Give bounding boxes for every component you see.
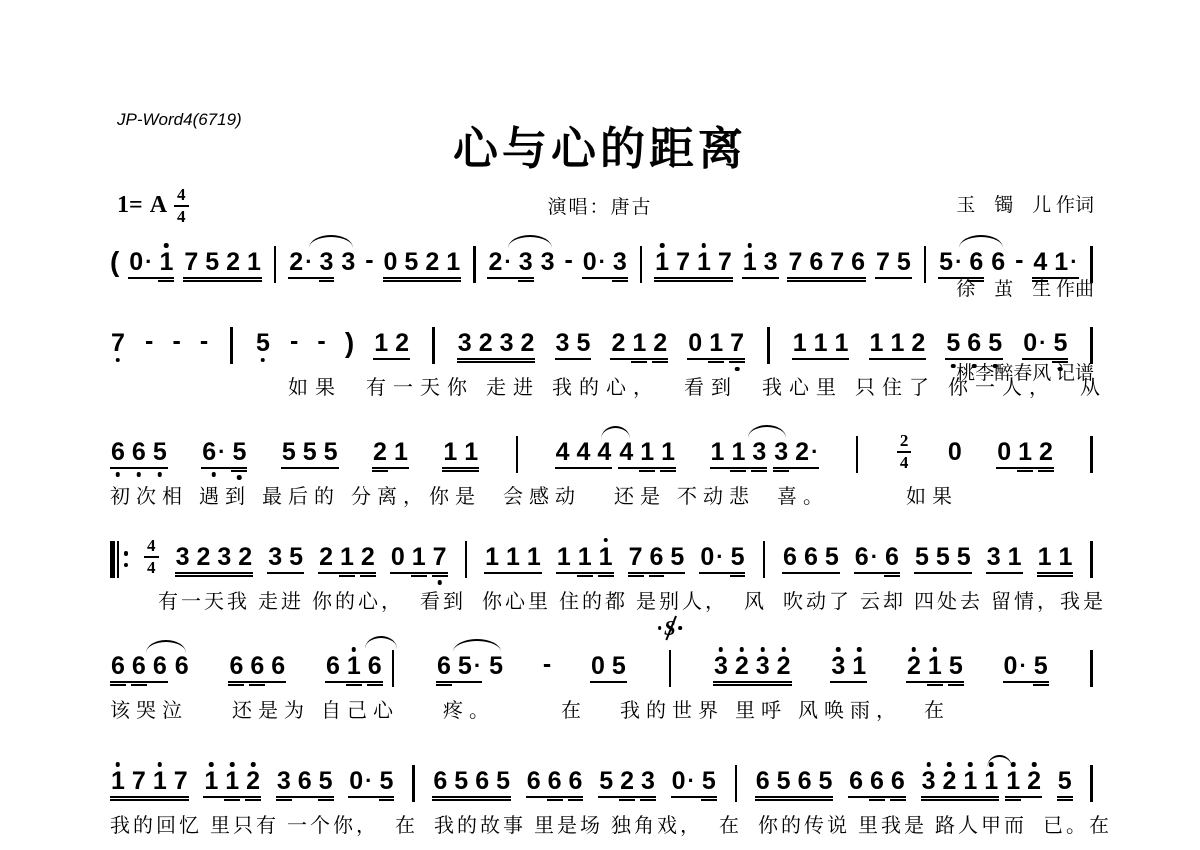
note-group: 6565 <box>755 769 834 803</box>
beam-underline <box>782 572 840 574</box>
system-1: (0·175212·33-05212·33-0·31717137676755·6… <box>110 246 1096 284</box>
note-digit: 3 <box>764 250 778 275</box>
note-group: 3232 <box>175 545 254 579</box>
note-digit: 6 <box>250 654 264 679</box>
note-digit: 5 <box>324 440 338 465</box>
slur-group: 321112 <box>921 769 1042 803</box>
duration-dash: - <box>317 327 325 365</box>
beam-underline <box>713 684 792 686</box>
note-digit: 5 <box>731 545 745 570</box>
beam-underline <box>325 681 383 683</box>
note-digit: 3 <box>320 250 334 275</box>
system-4: 443232352120171111117650·56656·65553111 … <box>110 537 1096 614</box>
note-digit: 6 <box>798 769 812 794</box>
beam-underline <box>848 796 906 798</box>
octave-dot-above-icon <box>740 647 745 652</box>
note-digit: 2 <box>196 545 210 570</box>
note-digit: 1 <box>1018 440 1032 465</box>
beam-underline <box>526 796 584 798</box>
note-digit: 5 <box>256 331 270 356</box>
note-digit: 6 <box>298 769 312 794</box>
beam-underline <box>318 572 376 574</box>
note-digit: 5 <box>289 545 303 570</box>
note-digit: 2 <box>226 250 240 275</box>
note-underline <box>890 799 906 801</box>
duration-dash: - <box>1015 246 1023 284</box>
note-digit: 2 <box>289 250 303 275</box>
octave-dot-above-icon <box>747 243 752 248</box>
note-digit: 0 <box>1004 654 1018 679</box>
note-group: 0·1 <box>128 249 174 284</box>
beam-underline <box>875 277 912 279</box>
barline <box>1090 765 1093 802</box>
note-group: 3232 <box>457 331 536 365</box>
note-digit: 7 <box>174 769 188 794</box>
note-digit: 7 <box>111 331 125 356</box>
beam-underline <box>773 467 819 469</box>
note-digit: 6 <box>437 654 451 679</box>
beam-underline <box>556 572 614 574</box>
duration-dash: - <box>200 327 208 365</box>
note-underline <box>1032 280 1048 282</box>
note-digit: 6 <box>548 769 562 794</box>
lyrics-line: 该哭泣 还是为 自己心 疼。 在 我的世界 里呼 风唤雨， 在 <box>110 694 1096 723</box>
note-digit: 1 <box>446 250 460 275</box>
beam-underline <box>687 358 745 360</box>
note-digit: 1 <box>485 545 499 570</box>
beam-underline <box>442 467 479 469</box>
beam-underline <box>203 796 261 798</box>
note-group: 6 <box>990 250 1006 284</box>
beam-underline <box>996 467 1054 469</box>
note-group: 111 <box>484 545 542 579</box>
note-underline <box>869 799 885 801</box>
barline-with-segno: S <box>666 650 675 688</box>
barline <box>1090 650 1093 687</box>
repeat-dot <box>124 563 129 568</box>
note-underline <box>708 361 724 363</box>
note-underline <box>640 799 656 801</box>
octave-dot-above-icon <box>1032 762 1037 767</box>
note-digit: 1 <box>814 331 828 356</box>
octave-dot-above-icon <box>989 762 994 767</box>
system-5: 666666661665·5-05S3232312150·5 该哭泣 还是为 自… <box>110 650 1096 723</box>
note-digit: 5 <box>205 250 219 275</box>
note-underline <box>231 470 247 472</box>
time-signature-bottom: 4 <box>147 558 156 577</box>
note-underline <box>1057 799 1073 801</box>
note-digit: 6 <box>967 331 981 356</box>
note-digit: 6 <box>368 654 382 679</box>
note-underline <box>730 575 746 577</box>
note-digit: 6 <box>851 250 865 275</box>
note-digit: 2 <box>479 331 493 356</box>
note-underline <box>619 799 635 801</box>
beam-underline <box>654 277 733 279</box>
note-digit: 2 <box>653 331 667 356</box>
note-digit: 7 <box>830 250 844 275</box>
note-digit: 2 <box>246 769 260 794</box>
note-group: 2·3 <box>487 249 533 284</box>
note-group: 31 <box>986 545 1023 579</box>
note-underline <box>628 575 644 577</box>
beam-underline <box>1037 572 1074 574</box>
beam-underline <box>288 277 334 279</box>
note-digit: 5 <box>232 440 246 465</box>
note-digit: 1 <box>443 440 457 465</box>
note-digit: 5 <box>949 654 963 679</box>
augmentation-dot: · <box>1039 330 1046 356</box>
note-digit: 2 <box>1039 440 1053 465</box>
repeat-dot <box>124 551 129 556</box>
note-digit: 2 <box>620 769 634 794</box>
octave-dot-above-icon <box>857 647 862 652</box>
note-group: 6565 <box>432 769 511 803</box>
beam-underline <box>383 277 462 279</box>
note-digit: 1 <box>1008 545 1022 570</box>
note-digit: 1 <box>347 654 361 679</box>
barline <box>465 541 468 578</box>
note-digit: 4 <box>1033 250 1047 275</box>
note-underline <box>1038 470 1054 472</box>
notes-row: 7---5--)123232352120171111125650·5 <box>110 327 1096 365</box>
note-digit: 0 <box>349 769 363 794</box>
note-digit: 2 <box>611 331 625 356</box>
note-group: 35 <box>267 545 304 579</box>
lyrics-line: 如果 有一天你 走进 我的心， 看到 我心里 只住了 你一人， 从 <box>288 371 1096 400</box>
note-group: 0·5 <box>348 768 394 803</box>
octave-dot-below-icon <box>212 472 217 477</box>
beam-underline <box>555 358 592 360</box>
note-digit: 2 <box>911 331 925 356</box>
slur-group: 2·33 <box>487 249 555 284</box>
beam-underline <box>755 799 834 801</box>
note-digit: 5 <box>599 769 613 794</box>
note-digit: 1 <box>743 250 757 275</box>
barline <box>516 436 519 473</box>
note-group: 1717 <box>110 769 189 803</box>
note: 6 <box>175 654 189 688</box>
octave-dot-above-icon <box>912 647 917 652</box>
note-digit: 6 <box>756 769 770 794</box>
note-underline <box>773 470 789 472</box>
note-digit: 1 <box>890 331 904 356</box>
beam-underline <box>671 796 717 798</box>
beam-underline <box>787 277 866 279</box>
note-underline <box>411 575 427 577</box>
augmentation-dot: · <box>145 249 152 275</box>
beam-underline <box>1022 358 1068 360</box>
slur-group: 6666 <box>110 654 190 688</box>
augmentation-dot: · <box>1070 249 1077 275</box>
octave-dot-above-icon <box>702 243 707 248</box>
note-underline <box>372 470 388 472</box>
notes-row: (0·175212·33-05212·33-0·31717137676755·6… <box>110 246 1096 284</box>
note: 0 <box>948 440 962 474</box>
note-group: 0 <box>947 440 963 474</box>
note-group: 5 <box>255 331 271 365</box>
octave-dot-above-icon <box>230 762 235 767</box>
note-digit: 3 <box>541 250 555 275</box>
beam-underline <box>175 575 254 577</box>
note-digit: 2 <box>795 440 809 465</box>
note-digit: 4 <box>619 440 633 465</box>
octave-dot-below-icon <box>116 472 121 477</box>
note-digit: 6 <box>527 769 541 794</box>
note-group: 5 <box>1057 769 1073 803</box>
note-digit: 0 <box>688 331 702 356</box>
note-digit: 4 <box>556 440 570 465</box>
note-group: 3211 <box>921 769 1000 803</box>
time-signature: 44 <box>144 537 159 577</box>
note-digit: 6 <box>111 440 125 465</box>
note-group: 41· <box>1032 249 1078 284</box>
slur-arc-icon <box>453 639 501 652</box>
duration-dash: - <box>172 327 180 365</box>
beam-underline <box>699 572 745 574</box>
note-digit: 5 <box>496 769 510 794</box>
note-digit: 2 <box>319 545 333 570</box>
beam-underline <box>128 277 174 279</box>
barline <box>924 246 927 283</box>
beam-underline <box>110 799 189 801</box>
note-group: 05 <box>590 654 627 688</box>
note-digit: 1 <box>412 545 426 570</box>
duration-dash: - <box>564 246 572 284</box>
augmentation-dot: · <box>811 439 818 465</box>
note-digit: 3 <box>613 250 627 275</box>
octave-dot-above-icon <box>947 762 952 767</box>
note-digit: 6 <box>132 440 146 465</box>
time-signature-top: 4 <box>144 537 159 558</box>
note-digit: 6 <box>433 769 447 794</box>
note-group: 7 <box>110 331 126 365</box>
note-underline <box>547 799 563 801</box>
note-digit: 4 <box>597 440 611 465</box>
note-group: 0·5 <box>671 768 717 803</box>
beam-underline <box>945 358 1003 360</box>
beam-underline <box>276 796 334 798</box>
note-group: 12 <box>373 331 410 365</box>
note-underline <box>432 575 448 577</box>
note-group: 6 <box>174 654 190 688</box>
note-group: 11 <box>442 440 479 474</box>
note-digit: 1 <box>374 331 388 356</box>
note-group: 7676 <box>787 250 866 284</box>
note-group: 765 <box>628 545 686 579</box>
note-group: 666 <box>228 654 286 688</box>
note-group: 212 <box>318 545 376 579</box>
close-parenthesis: ) <box>345 327 354 365</box>
note-digit: 2 <box>395 331 409 356</box>
note-group: 31 <box>830 654 867 688</box>
octave-dot-below-icon <box>951 364 956 369</box>
note-digit: 6 <box>132 654 146 679</box>
lyrics-line: 我的回忆 里只有 一个你， 在 我的故事 里是场 独角戏， 在 你的传说 里我是… <box>110 809 1096 838</box>
note-digit: 6 <box>804 545 818 570</box>
barline <box>432 327 435 364</box>
slur-group: 616 <box>325 650 397 688</box>
note-group: 616 <box>325 654 383 688</box>
repeat-thin-bar <box>117 541 119 578</box>
note-digit: 1 <box>464 440 478 465</box>
note-digit: 3 <box>714 654 728 679</box>
note-underline <box>1017 470 1033 472</box>
note-group: 565 <box>945 331 1003 365</box>
note-digit: 1 <box>225 769 239 794</box>
note-digit: 3 <box>341 250 355 275</box>
beam-underline <box>457 361 536 363</box>
note-digit: 5 <box>825 545 839 570</box>
singer-label: 演唱：唐古 <box>0 192 1200 219</box>
note-digit: 1 <box>204 769 218 794</box>
note-digit: 6 <box>111 654 125 679</box>
beam-underline <box>914 572 972 574</box>
note-underline <box>652 361 668 363</box>
beam-underline <box>590 681 627 683</box>
note-digit: 2 <box>521 331 535 356</box>
note-digit: 1 <box>928 654 942 679</box>
note-digit: 6 <box>809 250 823 275</box>
note-digit: 3 <box>556 331 570 356</box>
augmentation-dot: · <box>955 249 962 275</box>
note-digit: 1 <box>506 545 520 570</box>
note-digit: 1 <box>852 654 866 679</box>
note-group: 0·5 <box>1022 330 1068 365</box>
note-digit: 2 <box>735 654 749 679</box>
octave-dot-above-icon <box>836 647 841 652</box>
note-digit: 1 <box>984 769 998 794</box>
octave-dot-above-icon <box>158 762 163 767</box>
note-digit: 5 <box>936 545 950 570</box>
slur-group: 11332· <box>710 439 820 474</box>
note-digit: 5 <box>670 545 684 570</box>
barline <box>669 650 672 687</box>
augmentation-dot: · <box>1019 653 1026 679</box>
note-group: 2·3 <box>288 249 334 284</box>
note-digit: 2 <box>425 250 439 275</box>
beam-underline <box>1057 796 1073 798</box>
note-digit: 1 <box>731 440 745 465</box>
beam-underline <box>201 467 247 469</box>
note-digit: 6 <box>271 654 285 679</box>
note-digit: 0 <box>591 654 605 679</box>
note-underline <box>379 799 395 801</box>
lyrics-line: 有一天我 走进 你的心， 看到 你心里 住的都 是别人， 风 吹动了 云却 四处… <box>158 585 1096 614</box>
note-group: 3 <box>540 250 556 284</box>
note: 6 <box>991 250 1005 284</box>
note-digit: 7 <box>676 250 690 275</box>
note-digit: 5 <box>1053 331 1067 356</box>
note-group: 32· <box>773 439 819 474</box>
note-digit: 1 <box>835 331 849 356</box>
note-digit: 2 <box>488 250 502 275</box>
note-digit: 5 <box>946 331 960 356</box>
note-digit: 3 <box>458 331 472 356</box>
note-underline <box>631 361 647 363</box>
barline <box>473 246 476 283</box>
slur-group: 2·33 <box>288 249 356 284</box>
note-group: 665 <box>110 440 168 474</box>
note-underline <box>224 799 240 801</box>
note-digit: 5 <box>957 545 971 570</box>
note-underline <box>318 799 334 801</box>
note-underline <box>1033 684 1049 686</box>
note-digit: 0 <box>672 769 686 794</box>
note-digit: 7 <box>433 545 447 570</box>
note-group: 112 <box>203 769 261 803</box>
note-digit: 6 <box>475 769 489 794</box>
octave-dot-below-icon <box>735 367 740 372</box>
beam-underline <box>436 681 482 683</box>
note-digit: 6 <box>885 545 899 570</box>
note-digit: 0 <box>391 545 405 570</box>
note-group: 0521 <box>383 250 462 284</box>
slur-group: 5·66 <box>938 249 1006 284</box>
note-digit: 6 <box>650 545 664 570</box>
note-digit: 0 <box>948 440 962 465</box>
beam-underline <box>986 572 1023 574</box>
beam-underline <box>281 467 339 469</box>
note-digit: 2 <box>238 545 252 570</box>
note-digit: 0 <box>1023 331 1037 356</box>
beam-underline <box>348 796 394 798</box>
barline <box>735 765 738 802</box>
note-group: 1717 <box>654 250 733 284</box>
beam-underline <box>830 681 867 683</box>
note-underline <box>649 575 665 577</box>
beam-underline <box>854 572 900 574</box>
note-group: 666 <box>526 769 584 803</box>
note-digit: 1 <box>153 769 167 794</box>
note-digit: 5 <box>153 440 167 465</box>
note-group: 7521 <box>183 250 262 284</box>
augmentation-dot: · <box>305 249 312 275</box>
note-digit: 2 <box>907 654 921 679</box>
note-group: 5 <box>488 654 504 688</box>
octave-dot-below-icon <box>158 472 163 477</box>
note-digit: 1 <box>1058 545 1072 570</box>
duration-dash: - <box>543 650 551 688</box>
note-digit: 5 <box>777 769 791 794</box>
note-group: 3 <box>340 250 356 284</box>
note-underline <box>110 684 126 686</box>
note-digit: 1 <box>661 440 675 465</box>
repeat-thick-bar <box>110 541 115 578</box>
note-underline <box>751 470 767 472</box>
note-digit: 6 <box>855 545 869 570</box>
note-digit: 0 <box>384 250 398 275</box>
note-digit: 1 <box>655 250 669 275</box>
slur-arc-icon <box>601 426 630 439</box>
segno-icon: S <box>664 618 676 639</box>
beam-underline <box>487 277 533 279</box>
note-underline <box>367 684 383 686</box>
note-group: 523 <box>598 769 656 803</box>
note-digit: 7 <box>788 250 802 275</box>
note-group: 365 <box>276 769 334 803</box>
repeat-dots <box>124 551 129 567</box>
note-underline <box>968 280 984 282</box>
segno-slash <box>665 616 677 641</box>
note-digit: 3 <box>176 545 190 570</box>
beam-underline <box>582 277 628 279</box>
octave-dot-above-icon <box>660 243 665 248</box>
note-group: 444 <box>555 440 613 474</box>
slur-arc-icon <box>748 425 786 438</box>
note-digit: 6 <box>783 545 797 570</box>
note-digit: 1 <box>1038 545 1052 570</box>
